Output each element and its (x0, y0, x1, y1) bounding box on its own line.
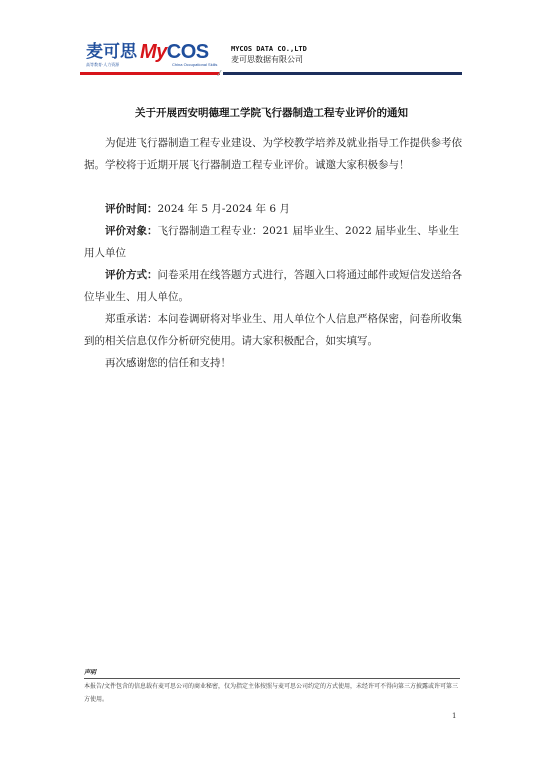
evaluation-time-value: 2024 年 5 月-2024 年 6 月 (158, 203, 290, 215)
company-name-english: MYCOS DATA CO.,LTD (231, 44, 307, 54)
document-title: 关于开展西安明德理工学院飞行器制造工程专业评价的通知 (0, 106, 543, 120)
evaluation-method-paragraph: 评价方式：问卷采用在线答题方式进行，答题入口将通过邮件或短信发送给各位毕业生、用… (84, 264, 464, 308)
commitment-paragraph: 郑重承诺：本问卷调研将对毕业生、用人单位个人信息严格保密，问卷所收集到的相关信息… (84, 308, 464, 352)
evaluation-target-paragraph: 评价对象：飞行器制造工程专业：2021 届毕业生、2022 届毕业生、毕业生用人… (84, 220, 464, 264)
logo-subtitle: China Occupational Skills (172, 62, 217, 67)
company-name-block: MYCOS DATA CO.,LTD 麦可思数据有限公司 (231, 44, 307, 65)
closing-paragraph: 再次感谢您的信任和支持！ (84, 352, 464, 374)
disclaimer-text: 本报告/文件包含的信息载有麦可思公司的商业秘密，仅为指定主体按照与麦可思公司约定… (84, 680, 464, 706)
evaluation-method-label: 评价方式： (105, 269, 158, 281)
logo-english-text: MyCOS (140, 42, 209, 62)
letterhead: 麦可思 MyCOS 高等教育·人力资源 China Occupational S… (86, 42, 466, 74)
footer-divider (84, 678, 460, 679)
evaluation-time-label: 评价时间： (105, 203, 158, 215)
disclaimer-footer: 声明 本报告/文件包含的信息载有麦可思公司的商业秘密，仅为指定主体按照与麦可思公… (84, 668, 464, 706)
evaluation-target-label: 评价对象： (105, 225, 158, 237)
disclaimer-heading: 声明 (84, 668, 464, 677)
header-bar-blue (223, 72, 462, 75)
logo-tagline: 高等教育·人力资源 (86, 62, 119, 67)
logo-letters-cos: COS (167, 41, 209, 63)
logo-letter-y: y (156, 41, 167, 63)
logo-letter-m: M (140, 41, 156, 63)
evaluation-time-paragraph: 评价时间：2024 年 5 月-2024 年 6 月 (84, 198, 464, 220)
header-bar-red (80, 72, 220, 75)
header-divider-bar (80, 72, 462, 75)
document-body: 为促进飞行器制造工程专业建设、为学校教学培养及就业指导工作提供参考依据。学校将于… (84, 132, 464, 374)
mycos-logo: 麦可思 MyCOS 高等教育·人力资源 China Occupational S… (86, 42, 221, 70)
company-name-chinese: 麦可思数据有限公司 (231, 54, 307, 65)
intro-paragraph: 为促进飞行器制造工程专业建设、为学校教学培养及就业指导工作提供参考依据。学校将于… (84, 132, 464, 176)
logo-chinese-text: 麦可思 (86, 43, 137, 61)
document-page: 麦可思 MyCOS 高等教育·人力资源 China Occupational S… (0, 0, 543, 768)
page-number: 1 (452, 712, 456, 720)
